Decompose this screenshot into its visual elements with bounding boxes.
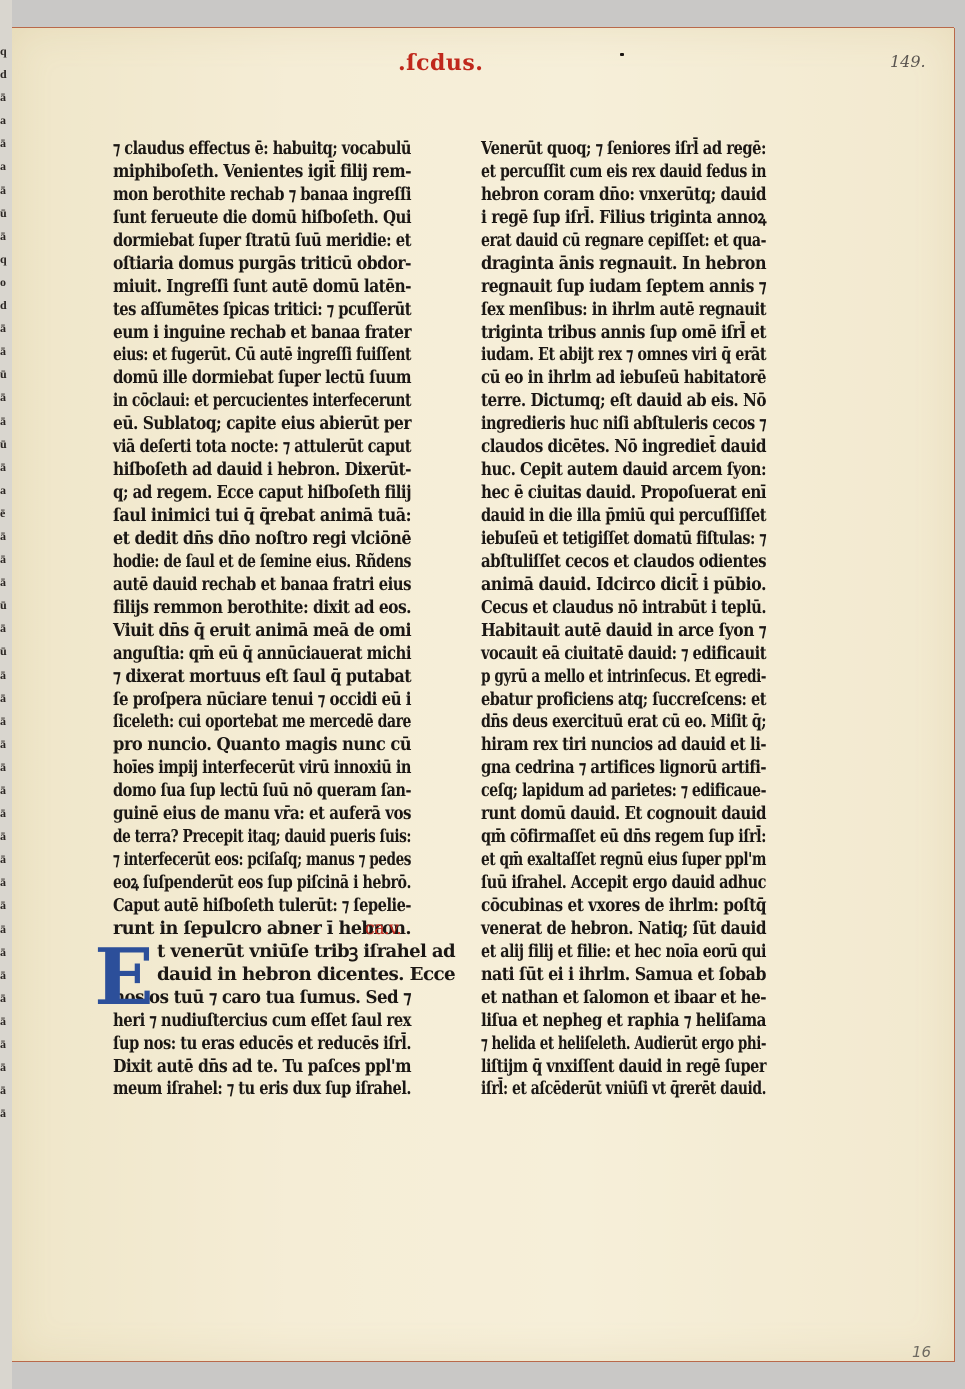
folio-number: 149. xyxy=(890,52,926,71)
text-line: eum i inguine rechab et banaa frater xyxy=(113,322,413,345)
text-line: iebuſeū et tetigiſſet domatū fiſtulas: ⁊ xyxy=(481,528,771,551)
text-line: abſtuliſſet cecos et claudos odientes xyxy=(481,551,771,574)
text-line: hoīes impij interfecerūt virū innoxiū in xyxy=(113,757,413,780)
previous-page-text-fragment: q d ā a ā a ā ū ā q o d ā ā ū ā ā ū ā a … xyxy=(0,40,10,1125)
text-line: p gyrū a mello et intrinſecus. Et egredi… xyxy=(481,666,771,689)
text-line: eū. Sublatoq; capite eius abierūt per xyxy=(113,413,413,436)
text-line: miuit. Ingreſſi ſunt autē domū latēn- xyxy=(113,276,413,299)
text-line: ⁊ claudus effectus ē: habuitq; vocabulū xyxy=(113,138,413,161)
text-line: hiſboſeth ad dauid i hebron. Dixerūt- xyxy=(113,459,413,482)
text-line: t venerūt vniūſe tribꝫ iſrahel ad xyxy=(113,941,413,964)
text-line: Venerūt quoq; ⁊ ſeniores iſrl̄ ad regē: xyxy=(481,138,771,161)
text-line: domo ſua ſup lectū ſuū nō queram ſan- xyxy=(113,780,413,803)
text-line: domū ille dormiebat ſuper lectū ſuum xyxy=(113,367,413,390)
text-line: ⁊ helida et heliſeleth. Audierūt ergo ph… xyxy=(481,1033,771,1056)
text-line: Viuit dn̄s q̄ eruit animā meā de omi xyxy=(113,620,413,643)
page-top-edge xyxy=(12,27,954,28)
text-line: huc. Cepit autem dauid arcem ſyon: xyxy=(481,459,771,482)
text-line: et alij filij et filie: et hec noīa eorū… xyxy=(481,941,771,964)
text-line: pro nuncio. Quanto magis nunc cū xyxy=(113,734,413,757)
text-line: dauid in die illa p̄miū qui percuſſiſſet xyxy=(481,505,771,528)
text-line: ebatur proficiens atq; ſuccreſcens: et xyxy=(481,689,771,712)
text-line: ſex menſibus: in ihrlm autē regnauit xyxy=(481,299,771,322)
text-line: Cecus et claudus nō intrabūt i teplū. xyxy=(481,597,771,620)
text-line: claudos dicētes. Nō ingrediet̄ dauid xyxy=(481,436,771,459)
text-line: filijs remmon berothite: dixit ad eos. xyxy=(113,597,413,620)
text-line: iudam. Et abijt rex ⁊ omnes viri q̄ erāt xyxy=(481,344,771,367)
text-line: ⁊ dixerat mortuus eſt ſaul q̄ putabat xyxy=(113,666,413,689)
text-line: hiram rex tiri nuncios ad dauid et li- xyxy=(481,734,771,757)
signature-number: 16 xyxy=(912,1343,931,1361)
text-line: Habitauit autē dauid in arce ſyon ⁊ xyxy=(481,620,771,643)
previous-page-edge: q d ā a ā a ā ū ā q o d ā ā ū ā ā ū ā a … xyxy=(0,0,12,1389)
text-line: ſunt ferueute die domū hiſboſeth. Qui xyxy=(113,207,413,230)
text-line: draginta ānis regnauit. In hebron xyxy=(481,253,771,276)
text-line: et dedit dn̄s dn̄o noſtro regi vlciōnē xyxy=(113,528,413,551)
text-line: iſrl̄: et aſcēderūt vniūſi vt q̄rerēt da… xyxy=(481,1078,771,1101)
text-line: vocauit eā ciuitatē dauid: ⁊ edificauit xyxy=(481,643,771,666)
text-line: runt domū dauid. Et cognouit dauid xyxy=(481,803,771,826)
text-line: venerat de hebron. Natiq; ſūt dauid xyxy=(481,918,771,941)
text-line: gna cedrina ⁊ artifices lignorū artifi- xyxy=(481,757,771,780)
text-line: ſiceleth: cui oportebat me mercedē dare xyxy=(113,711,413,734)
right-text-column: Venerūt quoq; ⁊ ſeniores iſrl̄ ad regē:e… xyxy=(481,138,771,1101)
illuminated-initial-e: E xyxy=(93,945,155,1011)
text-line: hec ē ciuitas dauid. Propoſuerat enī xyxy=(481,482,771,505)
text-line: i regē ſup iſrl̄. Filius triginta annoꝝ xyxy=(481,207,771,230)
text-line: eius: et fugerūt. Cū autē ingreſſi fuiſſ… xyxy=(113,344,413,367)
text-line: regnauit ſup iudam ſeptem annis ⁊ xyxy=(481,276,771,299)
text-line: autē dauid rechab et banaa fratri eius xyxy=(113,574,413,597)
text-line: et nathan et ſalomon et ibaar et he- xyxy=(481,987,771,1010)
chapter-marker: ca.v. xyxy=(365,918,401,941)
text-line: dormiebat ſuper ſtratū ſuū meridie: et xyxy=(113,230,413,253)
text-line: nos os tuū ⁊ caro tua ſumus. Sed ⁊ xyxy=(113,987,413,1010)
text-line: et qm̄ exaltaſſet regnū eius ſuper ppl'm xyxy=(481,849,771,872)
text-line: qm̄ cōfirmaſſet eū dn̄s regem ſup iſrl̄: xyxy=(481,826,771,849)
text-line: hebron coram dn̄o: vnxerūtq; dauid xyxy=(481,184,771,207)
text-line: ceſq; lapidum ad parietes: ⁊ edificaue- xyxy=(481,780,771,803)
text-line: ſe proſpera nūciare tenui ⁊ occidi eū i xyxy=(113,689,413,712)
text-line: nati ſūt ei i ihrlm. Samua et ſobab xyxy=(481,964,771,987)
running-head: .ſcdus. xyxy=(398,50,483,76)
text-line: in cōclaui: et percucientes interfecerun… xyxy=(113,390,413,413)
text-line: liſtijm q̄ vnxiſſent dauid in regē ſuper xyxy=(481,1056,771,1079)
text-line: dauid in hebron dicentes. Ecce xyxy=(113,964,413,987)
text-line: anguſtia: qm̄ eū q̄ annūciauerat michi xyxy=(113,643,413,666)
text-line: oſtiaria domus purgās triticū obdor- xyxy=(113,253,413,276)
text-line: ſuū iſrahel. Accepit ergo dauid adhuc xyxy=(481,872,771,895)
text-line: ſup nos: tu eras educēs et reducēs iſrl̄… xyxy=(113,1033,413,1056)
text-line: heri ⁊ nudiuſtercius cum eſſet ſaul rex xyxy=(113,1010,413,1033)
text-line: q; ad regem. Ecce caput hiſboſeth filij xyxy=(113,482,413,505)
text-line: cōcubinas et vxores de ihrlm: poſtq̄ xyxy=(481,895,771,918)
text-line: animā dauid. Idcirco dicit̄ i pūbio. xyxy=(481,574,771,597)
text-line: mon berothite rechab ⁊ banaa ingreſſi xyxy=(113,184,413,207)
text-line: miphiboſeth. Venientes igit̄ filij rem- xyxy=(113,161,413,184)
text-line: triginta tribus annis ſup omē iſrl̄ et xyxy=(481,322,771,345)
text-line: dn̄s deus exercituū erat cū eo. Miſit q̄… xyxy=(481,711,771,734)
text-line: et percuſſit cum eis rex dauid fedus in xyxy=(481,161,771,184)
text-line: ⁊ interfecerūt eos: pciſaſq; manus ⁊ ped… xyxy=(113,849,413,872)
text-line: terre. Dictumq; eſt dauid ab eis. Nō xyxy=(481,390,771,413)
text-line: ſaul inimici tui q̄ q̄rebat animā tuā: xyxy=(113,505,413,528)
text-line: de terra? Precepit itaq; dauid pueris ſu… xyxy=(113,826,413,849)
text-line: tes aſſumētes ſpicas tritici: ⁊ pcuſſerū… xyxy=(113,299,413,322)
text-line: meum iſrahel: ⁊ tu eris dux ſup iſrahel. xyxy=(113,1078,413,1101)
left-text-column: ⁊ claudus effectus ē: habuitq; vocabulūm… xyxy=(113,138,413,1101)
text-line: guinē eius de manu vr̄a: et auferā vos xyxy=(113,803,413,826)
text-line: hodie: de ſaul et de ſemine eius. Rñdens xyxy=(113,551,413,574)
text-line: viā deſerti tota nocte: ⁊ attulerūt capu… xyxy=(113,436,413,459)
ink-speck xyxy=(620,53,624,56)
text-line: liſua et nepheg et raphia ⁊ heliſama xyxy=(481,1010,771,1033)
text-line: Dixit autē dn̄s ad te. Tu paſces ppl'm xyxy=(113,1056,413,1079)
text-line: erat dauid cū regnare cepiſſet: et qua- xyxy=(481,230,771,253)
text-line: eoꝝ ſuſpenderūt eos ſup piſcinā i hebrō. xyxy=(113,872,413,895)
text-line: cū eo in ihrlm ad iebuſeū habitatorē xyxy=(481,367,771,390)
text-line: Caput autē hiſboſeth tulerūt: ⁊ ſepelie- xyxy=(113,895,413,918)
text-line: ingredieris huc niſi abſtuleris cecos ⁊ xyxy=(481,413,771,436)
